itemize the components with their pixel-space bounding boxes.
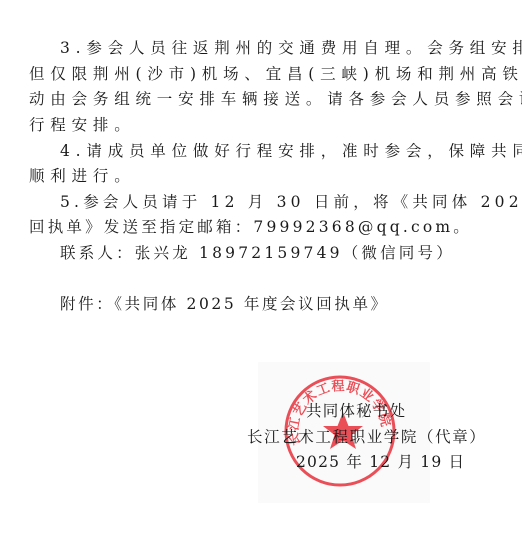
item-5-line-1: 5.参会人员请于 12 月 30 日前，将《共同体 2025 年度会议: [60, 192, 522, 212]
document-page: 3.参会人员往返荆州的交通费用自理。会务组安排接送站， 但仅限荆州(沙市)机场、…: [0, 0, 522, 557]
item-4-line-2: 顺利进行。: [29, 166, 136, 186]
contact-line: 联系人：张兴龙 18972159749（微信同号）: [60, 243, 455, 263]
item-3-line-2: 但仅限荆州(沙市)机场、宜昌(三峡)机场和荆州高铁站。市内活: [29, 64, 522, 84]
attachment-line: 附件：《共同体 2025 年度会议回执单》: [60, 294, 389, 314]
item-3-line-3: 动由会务组统一安排车辆接送。请各参会人员参照会议时间做好: [29, 89, 522, 109]
item-4-line-1: 4.请成员单位做好行程安排，准时参会，保障共同体年会的: [60, 141, 522, 161]
item-3-line-1: 3.参会人员往返荆州的交通费用自理。会务组安排接送站，: [60, 38, 522, 58]
signature-date: 2025 年 12 月 19 日: [296, 452, 465, 472]
item-3-line-4: 行程安排。: [29, 115, 136, 135]
signature-organization: 长江艺术工程职业学院（代章）: [247, 427, 486, 447]
signature-office: 共同体秘书处: [306, 401, 406, 421]
item-5-line-2: 回执单》发送至指定邮箱：79992368@qq.com。: [29, 217, 472, 237]
